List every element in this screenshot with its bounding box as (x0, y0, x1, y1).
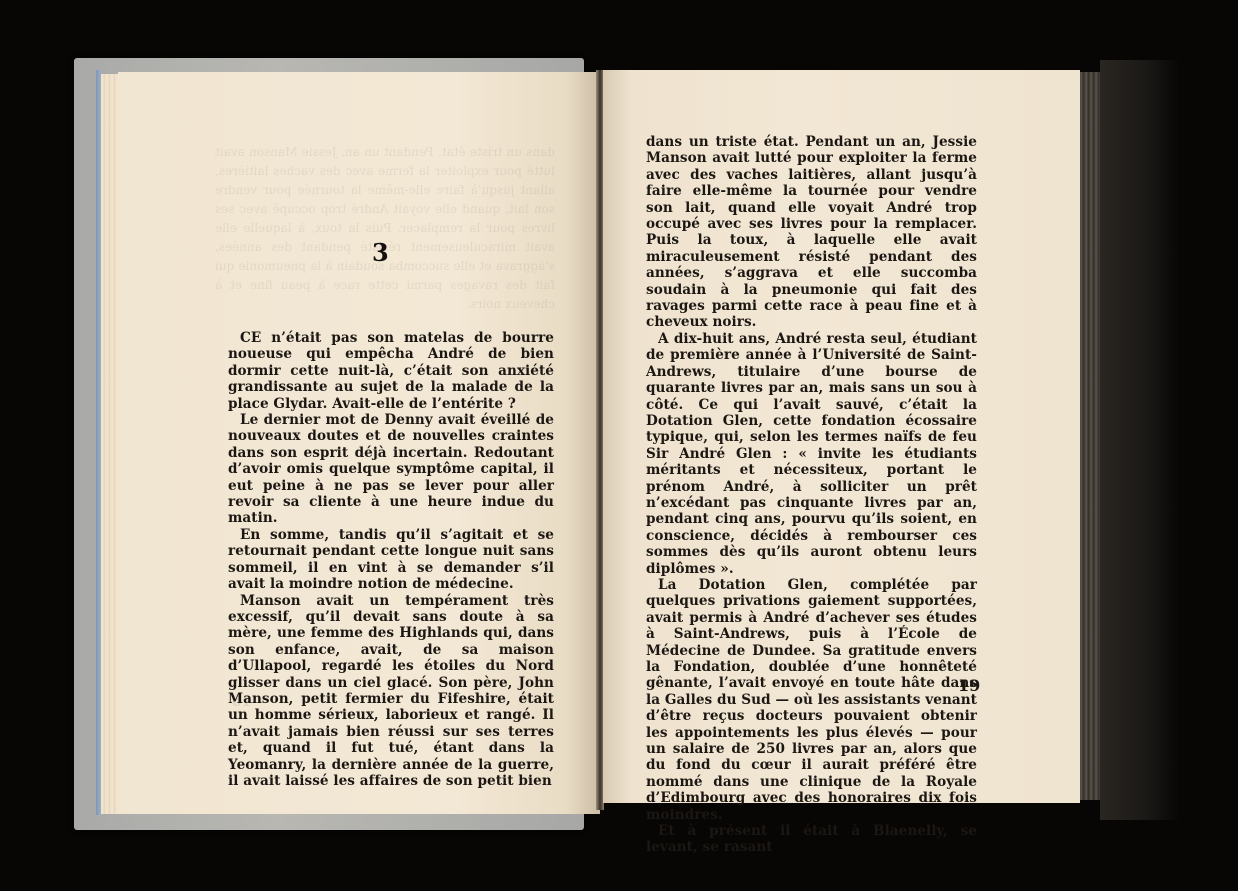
paragraph: Et à présent il était à Blaenelly, se le… (646, 823, 977, 856)
bleed-through-text: dans un triste état. Pendant un an, Jess… (215, 143, 555, 314)
left-page-text: CE n’était pas son matelas de bourre nou… (228, 330, 554, 789)
paragraph: Manson avait un tempérament très excessi… (228, 593, 554, 790)
paragraph: En somme, tandis qu’il s’agitait et se r… (228, 527, 554, 593)
right-page-text: dans un triste état. Pendant un an, Jess… (646, 134, 977, 856)
page-number: 19 (958, 676, 980, 695)
paragraph: Le dernier mot de Denny avait éveillé de… (228, 412, 554, 527)
book-photo: dans un triste état. Pendant un an, Jess… (0, 0, 1238, 891)
page-block-edge-right (1080, 72, 1102, 800)
paragraph: A dix-huit ans, André resta seul, étudia… (646, 331, 977, 577)
paragraph: La Dotation Glen, complétée par quelques… (646, 577, 977, 823)
paragraph: CE n’était pas son matelas de bourre nou… (228, 330, 554, 412)
book-shadow (1100, 60, 1180, 820)
chapter-number: 3 (372, 238, 389, 267)
paragraph: dans un triste état. Pendant un an, Jess… (646, 134, 977, 331)
